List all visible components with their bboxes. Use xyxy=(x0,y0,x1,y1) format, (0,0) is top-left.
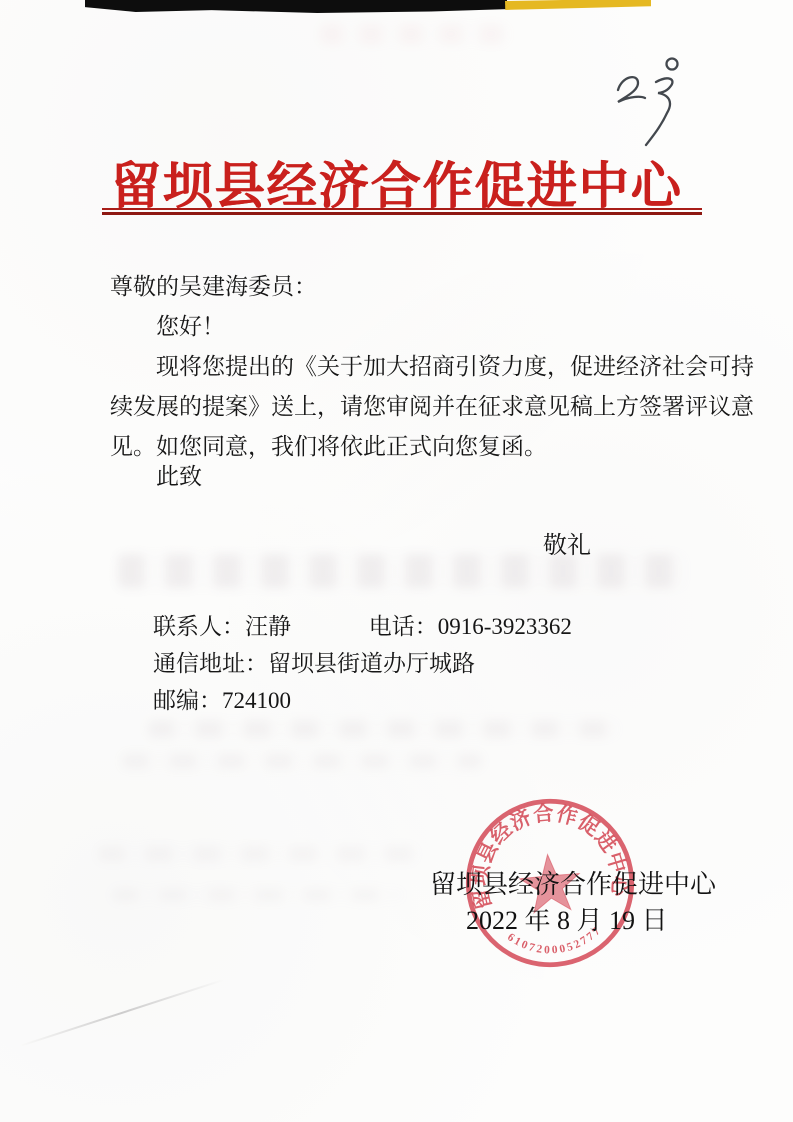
bleedthrough-ghost xyxy=(122,753,482,769)
contact-line-postal: 邮编：724100 xyxy=(153,682,291,715)
body-paragraph-line: 见。如您同意，我们将依此正式向您复函。 xyxy=(110,432,547,462)
contact-label: 联系人： xyxy=(153,614,245,639)
handwritten-mark-23 xyxy=(600,50,712,158)
contact-line-person-phone: 联系人：汪静 电话：0916-3923362 xyxy=(153,608,572,641)
body-paragraph-line: 现将您提出的《关于加大招商引资力度，促进经济社会可持 xyxy=(156,352,754,382)
bleedthrough-ghost xyxy=(320,24,510,44)
phone-label: 电话： xyxy=(369,614,438,639)
body-paragraph-line: 续发展的提案》送上，请您审阅并在征求意见稿上方签署评议意 xyxy=(110,392,754,422)
paper-crease-shadow xyxy=(19,979,224,1047)
greeting: 您好！ xyxy=(156,312,225,342)
postal-code: 724100 xyxy=(222,688,291,713)
bleedthrough-ghost xyxy=(118,554,684,588)
scanned-letter-page: 留坝县经济合作促进中心 尊敬的吴建海委员： 您好！ 现将您提出的《关于加大招商引… xyxy=(0,0,793,1122)
bleedthrough-ghost xyxy=(148,720,618,738)
salutation: 尊敬的吴建海委员： xyxy=(110,272,317,302)
scan-edge-black-strip xyxy=(85,0,507,13)
letterhead-rule xyxy=(102,208,702,215)
closing-salute: 此致 xyxy=(156,462,202,492)
scan-edge-yellow-strip xyxy=(505,0,651,10)
signature-org-name: 留坝县经济合作促进中心 xyxy=(430,864,716,901)
bleedthrough-ghost xyxy=(98,846,418,862)
address-value: 留坝县街道办厅城路 xyxy=(268,651,475,676)
phone-number: 0916-3923362 xyxy=(438,614,572,639)
bleedthrough-ghost xyxy=(112,888,402,902)
contact-line-address: 通信地址：留坝县街道办厅城路 xyxy=(153,645,475,678)
postal-label: 邮编： xyxy=(153,688,222,713)
contact-name: 汪静 xyxy=(245,614,291,639)
signature-date: 2022 年 8 月 19 日 xyxy=(466,900,668,937)
closing-regards: 敬礼 xyxy=(543,531,591,561)
address-label: 通信地址： xyxy=(153,651,268,676)
